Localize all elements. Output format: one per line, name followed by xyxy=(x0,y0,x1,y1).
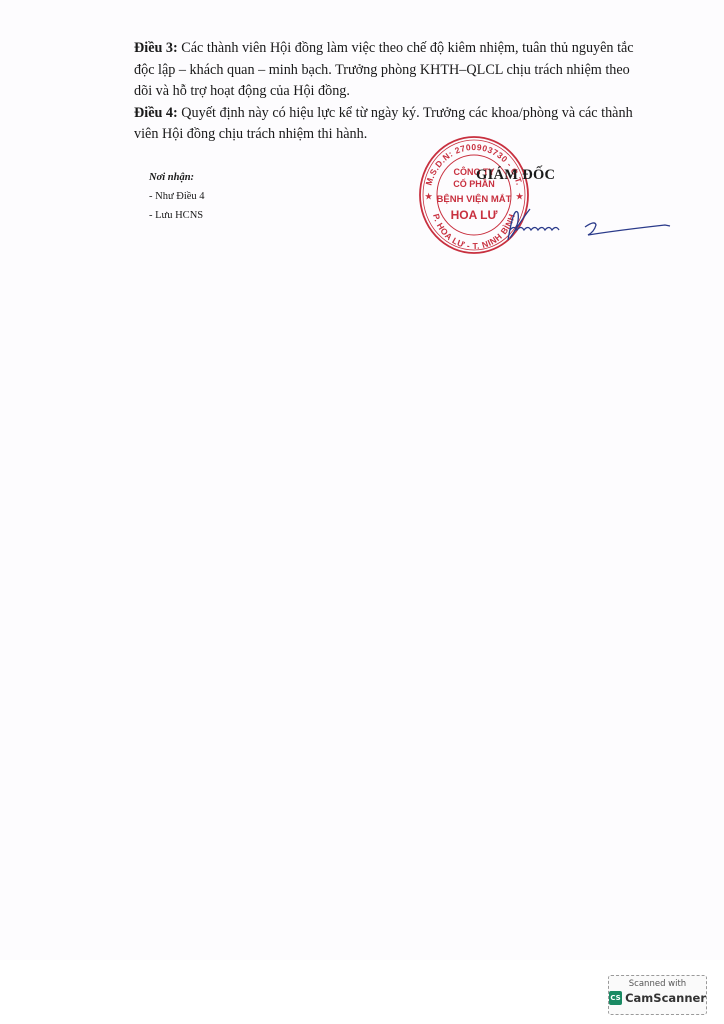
article-4-line: Quyết định này có hiệu lực kể từ ngày ký… xyxy=(178,105,633,121)
recipient-item: - Như Điều 4 xyxy=(149,187,205,206)
watermark-caption: Scanned with xyxy=(609,979,706,989)
article-4: Điều 4: Quyết định này có hiệu lực kể từ… xyxy=(134,103,664,125)
article-3-label: Điều 3: xyxy=(134,40,178,56)
recipient-item: - Lưu HCNS xyxy=(149,206,205,225)
camscanner-logo-icon: CS xyxy=(609,991,622,1005)
signer-title: GIÁM ĐỐC xyxy=(476,167,555,184)
signature-icon xyxy=(500,205,680,245)
camscanner-watermark: Scanned with CS CamScanner xyxy=(608,975,707,1015)
svg-text:HOA LƯ: HOA LƯ xyxy=(451,208,498,222)
recipients-block: Nơi nhận: - Như Điều 4 - Lưu HCNS xyxy=(149,168,205,225)
article-3-line: Các thành viên Hội đồng làm việc theo ch… xyxy=(178,40,634,56)
document-body: Điều 3: Các thành viên Hội đồng làm việc… xyxy=(134,38,664,146)
article-4-label: Điều 4: xyxy=(134,105,178,121)
article-3-line-2: độc lập – khách quan – minh bạch. Trưởng… xyxy=(134,60,664,82)
svg-text:BỆNH VIỆN MẮT: BỆNH VIỆN MẮT xyxy=(437,193,512,205)
article-4-line-2: viên Hội đồng chịu trách nhiệm thi hành. xyxy=(134,124,664,146)
watermark-name: CamScanner xyxy=(625,991,706,1005)
recipients-title: Nơi nhận: xyxy=(149,168,205,187)
svg-text:★: ★ xyxy=(516,192,524,201)
svg-text:★: ★ xyxy=(425,192,433,201)
article-3: Điều 3: Các thành viên Hội đồng làm việc… xyxy=(134,38,664,60)
article-3-line-3: dõi và hỗ trợ hoạt động của Hội đồng. xyxy=(134,81,664,103)
